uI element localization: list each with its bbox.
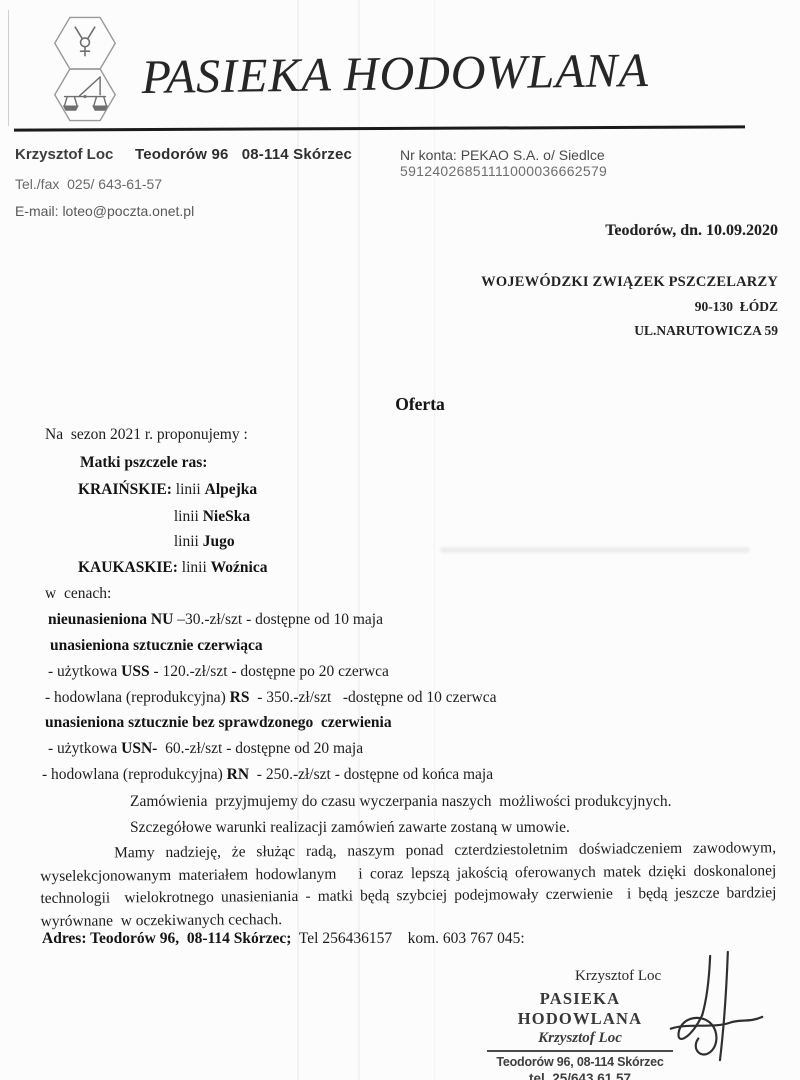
recipient-block: WOJEWÓDZKI ZWIĄZEK PSZCZELARZY 90-130 ŁÓ…	[0, 274, 778, 339]
price-detail: –30.-zł/szt - dostępne od 10 maja	[173, 611, 383, 628]
linii-label: linii	[170, 533, 203, 550]
price-code: USS	[121, 663, 149, 680]
address-footer: Adres: Teodorów 96, 08-114 Skórzec; Tel …	[42, 930, 525, 948]
stamp-divider	[487, 1050, 673, 1052]
dateline: Teodorów, dn. 10.09.2020	[0, 222, 778, 240]
scanned-letter: PASIEKA HODOWLANA Krzysztof Loc Teodorów…	[0, 0, 800, 1080]
line-name: Alpejka	[205, 481, 258, 498]
race-name: KRAIŃSKIE:	[78, 481, 172, 498]
price-line-3: - użytkowa USS - 120.-zł/szt - dostępne …	[48, 663, 389, 681]
offer-intro: Na sezon 2021 r. proponujemy :	[45, 426, 248, 444]
price-code: unasieniona sztucznie bez sprawdzonego c…	[45, 714, 392, 731]
price-pre: - użytkowa	[48, 663, 121, 680]
stamp-address: Teodorów 96, 08-114 Skórzec	[480, 1055, 680, 1069]
race-name: KAUKASKIE:	[78, 559, 178, 576]
recipient-line: WOJEWÓDZKI ZWIĄZEK PSZCZELARZY	[0, 274, 778, 291]
price-detail: - 350.-zł/szt -dostępne od 10 czerwca	[249, 689, 496, 706]
price-line-2: unasieniona sztucznie czerwiąca	[50, 637, 263, 655]
email-line: E-mail: loteo@poczta.onet.pl	[15, 203, 194, 219]
bank-account-number: 59124026851111000036662579	[400, 163, 607, 179]
race-line-nieska: linii NieSka	[170, 508, 250, 526]
brand-title: PASIEKA HODOWLANA	[141, 43, 649, 105]
recipient-line: UL.NARUTOWICZA 59	[0, 323, 778, 339]
race-line-jugo: linii Jugo	[170, 533, 235, 551]
line-name: Jugo	[203, 533, 235, 550]
price-detail: - 120.-zł/szt - dostępne po 20 czerwca	[150, 663, 389, 680]
bank-account-label: Nr konta: PEKAO S.A. o/ Siedlce	[400, 147, 609, 163]
linii-label: linii	[172, 481, 205, 498]
bank-account: Nr konta: PEKAO S.A. o/ Siedlce 59124026…	[400, 147, 800, 179]
owner-address: Teodorów 96 08-114 Skórzec	[135, 146, 352, 163]
price-pre: - hodowlana (reprodukcyjna)	[45, 689, 230, 706]
company-stamp: PASIEKA HODOWLANA Krzysztof Loc Teodorów…	[480, 989, 680, 1080]
owner-name: Krzysztof Loc	[15, 146, 113, 163]
price-detail: 60.-zł/szt - dostępne od 20 maja	[157, 740, 363, 757]
stamp-title: PASIEKA HODOWLANA	[480, 989, 680, 1029]
scale-icon	[63, 77, 108, 111]
race-line-kaukaskie: KAUKASKIE: linii Woźnica	[78, 559, 267, 577]
queen-bee-icon	[75, 27, 95, 55]
telfax-line: Tel./fax 025/ 643-61-57	[15, 176, 162, 192]
footer-address-phones: Tel 256436157 kom. 603 767 045:	[291, 930, 524, 947]
stamp-name: Krzysztof Loc	[480, 1030, 680, 1047]
price-code: USN-	[121, 740, 157, 757]
apiary-logo	[53, 12, 117, 126]
price-code: nieunasieniona NU	[48, 611, 173, 628]
scan-smudge	[440, 547, 750, 553]
linii-label: linii	[170, 508, 203, 525]
price-pre: - hodowlana (reprodukcyjna)	[42, 766, 227, 783]
price-code: RS	[230, 689, 250, 706]
signatory-name: Krzysztof Loc	[575, 968, 661, 985]
prices-heading: w cenach:	[45, 585, 111, 603]
stamp-phone: tel. 25/643 61 57	[480, 1071, 680, 1080]
price-pre: - użytkowa	[48, 740, 121, 757]
line-name: Woźnica	[211, 559, 268, 576]
price-line-6: - użytkowa USN- 60.-zł/szt - dostępne od…	[48, 740, 363, 758]
race-line-krainskie: KRAIŃSKIE: linii Alpejka	[78, 481, 257, 499]
races-heading: Matki pszczele ras:	[80, 454, 207, 472]
paragraph-2: Szczegółowe warunki realizacji zamówień …	[130, 819, 570, 837]
header-divider	[14, 125, 745, 131]
price-code: unasieniona sztucznie czerwiąca	[50, 637, 263, 654]
scan-edge-line	[8, 10, 9, 126]
offer-title: Oferta	[30, 394, 800, 415]
price-detail: - 250.-zł/szt - dostępne od końca maja	[249, 766, 493, 783]
linii-label: linii	[178, 559, 211, 576]
logo-hexagons	[53, 12, 117, 126]
footer-address-bold: Adres: Teodorów 96, 08-114 Skórzec;	[42, 930, 291, 947]
price-line-7: - hodowlana (reprodukcyjna) RN - 250.-zł…	[42, 766, 493, 784]
price-line-1: nieunasieniona NU –30.-zł/szt - dostępne…	[48, 611, 383, 629]
line-name: NieSka	[203, 508, 250, 525]
price-code: RN	[227, 766, 249, 783]
handwritten-signature-icon	[668, 950, 768, 1068]
recipient-line: 90-130 ŁÓDZ	[0, 299, 778, 315]
paragraph-1: Zamówienia przyjmujemy do czasu wyczerpa…	[130, 793, 671, 811]
price-line-4: - hodowlana (reprodukcyjna) RS - 350.-zł…	[45, 689, 497, 707]
paragraph-3: Mamy nadzieję, że służąc radą, naszym po…	[40, 837, 777, 933]
price-line-5: unasieniona sztucznie bez sprawdzonego c…	[45, 714, 392, 732]
